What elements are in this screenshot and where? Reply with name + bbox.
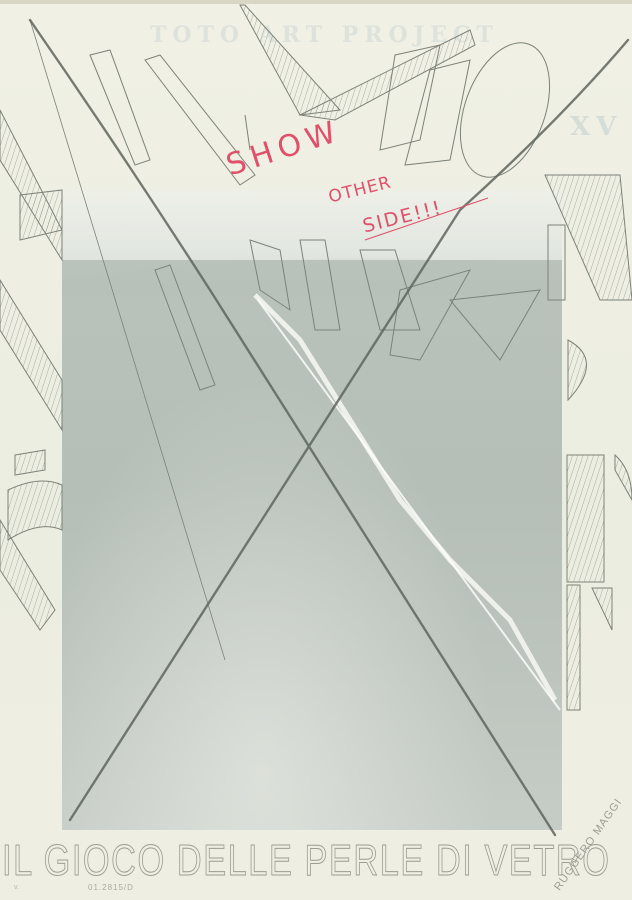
handwriting-underline: [0, 0, 632, 900]
poster-page: TOTO ART PROJECT XV: [0, 0, 632, 900]
catalog-number: 01.2815/D: [88, 883, 134, 892]
poster-title: IL GIOCO DELLE PERLE DI VETRO: [2, 836, 611, 886]
catalog-prefix: v.: [14, 884, 19, 891]
